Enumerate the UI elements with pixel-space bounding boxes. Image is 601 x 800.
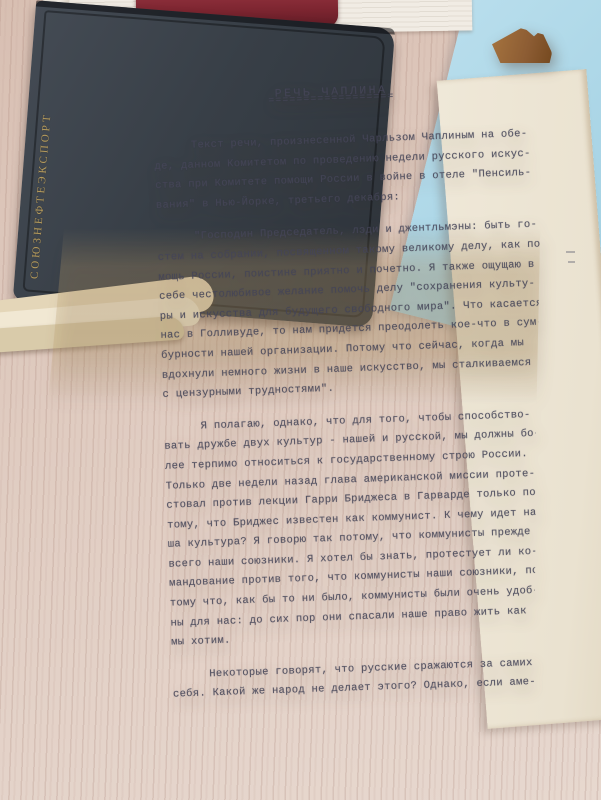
torn-corner-cardboard [492,27,552,63]
document-paragraphs: Текст речи, произнесенной Чарльзом Чапли… [154,124,576,706]
document-shadow-wrap: РЕЧЬ ЧАПЛИНА ================== Текст ре… [0,0,601,800]
paragraph: Я полагаю, однако, что для того, чтобы с… [163,404,573,653]
paragraph: Некоторые говорят, что русские сражаются… [172,652,575,705]
paragraph: "Господин Председатель, лэди и джентльмэ… [157,215,565,405]
paragraph: Текст речи, произнесенной Чарльзом Чапли… [154,124,558,216]
photo-scene: СОЮЗНЕФТЕЭКСПОРТ РЕЧЬ ЧАПЛИНА ==========… [0,0,601,800]
typed-text-block: РЕЧЬ ЧАПЛИНА ================== Текст ре… [152,78,576,719]
typewritten-page: РЕЧЬ ЧАПЛИНА ================== Текст ре… [0,0,601,800]
